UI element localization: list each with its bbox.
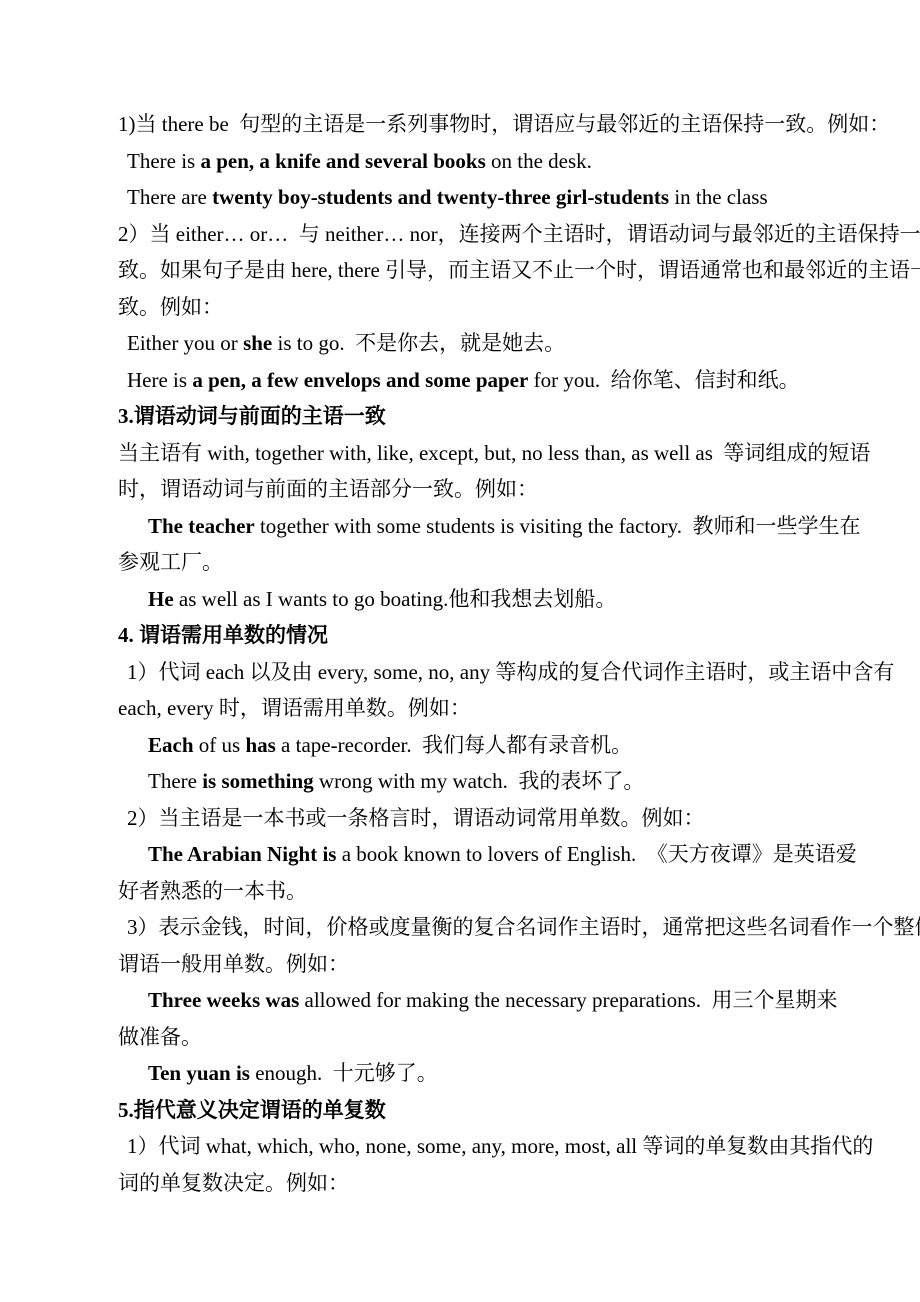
text-line: 参观工厂。: [118, 544, 782, 581]
text-run: Here is: [127, 368, 192, 392]
text-run: 2）当主语是一本书或一条格言时，谓语动词常用单数。例如：: [127, 806, 705, 830]
document-body: 1)当 there be 句型的主语是一系列事物时，谓语应与最邻近的主语保持一致…: [118, 106, 782, 1201]
bold-text-run: Each: [148, 733, 194, 757]
text-run: 致。例如：: [118, 295, 223, 319]
text-line: 时，谓语动词与前面的主语部分一致。例如：: [118, 471, 782, 508]
text-run: 好者熟悉的一本书。: [118, 879, 307, 903]
text-run: a tape-recorder. 我们每人都有录音机。: [276, 733, 632, 757]
text-run: together with some students is visiting …: [255, 514, 861, 538]
bold-text-run: has: [245, 733, 275, 757]
text-line: He as well as I wants to go boating.他和我想…: [118, 581, 782, 618]
text-run: a book known to lovers of English. 《天方夜谭…: [336, 842, 856, 866]
text-run: 3）表示金钱，时间，价格或度量衡的复合名词作主语时，通常把这些名词看作一个整体，: [127, 915, 920, 939]
text-run: of us: [194, 733, 246, 757]
text-run: 1）代词 each 以及由 every, some, no, any 等构成的复…: [127, 660, 894, 684]
bold-text-run: is something: [202, 769, 313, 793]
bold-text-run: Ten yuan is: [148, 1061, 250, 1085]
bold-text-run: a pen, a few envelops and some paper: [192, 368, 528, 392]
text-line: 当主语有 with, together with, like, except, …: [118, 435, 782, 472]
text-run: allowed for making the necessary prepara…: [299, 988, 837, 1012]
text-run: as well as I wants to go boating.他和我想去划船…: [174, 587, 617, 611]
text-line: There is a pen, a knife and several book…: [118, 143, 782, 180]
document-page: 1)当 there be 句型的主语是一系列事物时，谓语应与最邻近的主语保持一致…: [0, 0, 920, 1302]
bold-text-run: 4. 谓语需用单数的情况: [118, 623, 328, 647]
text-run: There are: [127, 185, 212, 209]
text-run: for you. 给你笔、信封和纸。: [528, 368, 799, 392]
text-run: 1）代词 what, which, who, none, some, any, …: [127, 1134, 873, 1158]
text-line: 1）代词 each 以及由 every, some, no, any 等构成的复…: [118, 654, 782, 691]
text-run: enough. 十元够了。: [250, 1061, 438, 1085]
bold-text-run: He: [148, 587, 174, 611]
text-run: 谓语一般用单数。例如：: [118, 952, 349, 976]
section-heading: 5.指代意义决定谓语的单复数: [118, 1092, 782, 1129]
text-line: 谓语一般用单数。例如：: [118, 946, 782, 983]
section-heading: 4. 谓语需用单数的情况: [118, 617, 782, 654]
text-line: There are twenty boy-students and twenty…: [118, 179, 782, 216]
text-line: 3）表示金钱，时间，价格或度量衡的复合名词作主语时，通常把这些名词看作一个整体，: [118, 909, 782, 946]
text-run: 1)当 there be 句型的主语是一系列事物时，谓语应与最邻近的主语保持一致…: [118, 112, 890, 136]
text-line: 好者熟悉的一本书。: [118, 873, 782, 910]
text-run: wrong with my watch. 我的表坏了。: [314, 769, 645, 793]
text-run: in the class: [669, 185, 768, 209]
text-line: 词的单复数决定。例如：: [118, 1165, 782, 1202]
text-line: 致。例如：: [118, 289, 782, 326]
text-run: each, every 时，谓语需用单数。例如：: [118, 696, 471, 720]
text-line: 1）代词 what, which, who, none, some, any, …: [118, 1128, 782, 1165]
text-line: 2）当 either… or… 与 neither… nor，连接两个主语时，谓…: [118, 216, 782, 253]
text-run: 词的单复数决定。例如：: [118, 1171, 349, 1195]
text-run: 2）当 either… or… 与 neither… nor，连接两个主语时，谓…: [118, 222, 920, 246]
text-line: Three weeks was allowed for making the n…: [118, 982, 782, 1019]
text-run: on the desk.: [486, 149, 592, 173]
text-line: 1)当 there be 句型的主语是一系列事物时，谓语应与最邻近的主语保持一致…: [118, 106, 782, 143]
bold-text-run: 5.指代意义决定谓语的单复数: [118, 1098, 386, 1122]
text-run: 致。如果句子是由 here, there 引导，而主语又不止一个时，谓语通常也和…: [118, 258, 920, 282]
text-line: 致。如果句子是由 here, there 引导，而主语又不止一个时，谓语通常也和…: [118, 252, 782, 289]
text-line: The Arabian Night is a book known to lov…: [118, 836, 782, 873]
text-line: There is something wrong with my watch. …: [118, 763, 782, 800]
bold-text-run: The Arabian Night is: [148, 842, 336, 866]
text-run: 做准备。: [118, 1025, 202, 1049]
text-line: 做准备。: [118, 1019, 782, 1056]
bold-text-run: Three weeks was: [148, 988, 299, 1012]
text-run: Either you or: [127, 331, 243, 355]
bold-text-run: twenty boy-students and twenty-three gir…: [212, 185, 669, 209]
bold-text-run: she: [243, 331, 272, 355]
text-line: each, every 时，谓语需用单数。例如：: [118, 690, 782, 727]
text-line: Here is a pen, a few envelops and some p…: [118, 362, 782, 399]
text-line: 2）当主语是一本书或一条格言时，谓语动词常用单数。例如：: [118, 800, 782, 837]
text-line: Ten yuan is enough. 十元够了。: [118, 1055, 782, 1092]
text-run: 时，谓语动词与前面的主语部分一致。例如：: [118, 477, 538, 501]
text-run: 当主语有 with, together with, like, except, …: [118, 441, 870, 465]
bold-text-run: a pen, a knife and several books: [200, 149, 485, 173]
text-run: There is: [127, 149, 200, 173]
text-run: 参观工厂。: [118, 550, 223, 574]
text-run: is to go. 不是你去，就是她去。: [272, 331, 565, 355]
text-line: The teacher together with some students …: [118, 508, 782, 545]
bold-text-run: 3.谓语动词与前面的主语一致: [118, 404, 386, 428]
text-run: There: [148, 769, 202, 793]
bold-text-run: The teacher: [148, 514, 255, 538]
text-line: Either you or she is to go. 不是你去，就是她去。: [118, 325, 782, 362]
section-heading: 3.谓语动词与前面的主语一致: [118, 398, 782, 435]
text-line: Each of us has a tape-recorder. 我们每人都有录音…: [118, 727, 782, 764]
